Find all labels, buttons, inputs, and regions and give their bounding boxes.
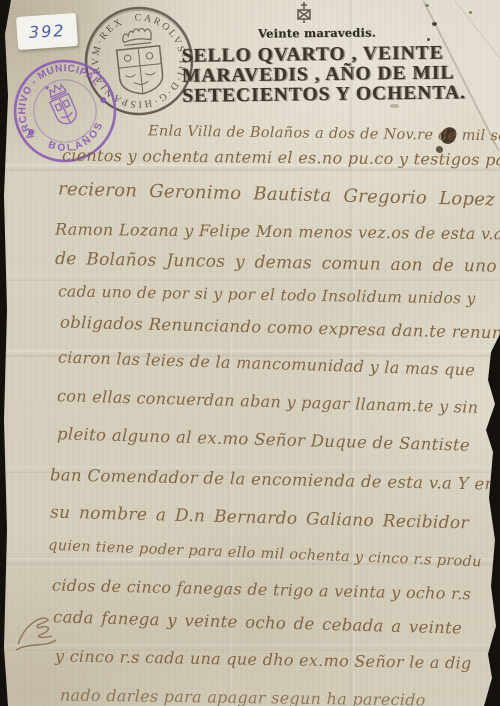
manuscript-line: Ramon Lozana y Felipe Mon menos vez.os d… bbox=[55, 220, 500, 244]
sello-heading-line: SETECIENTOS Y OCHENTA. bbox=[182, 83, 468, 106]
manuscript-line: recieron Geronimo Bautista Gregorio Lope… bbox=[58, 179, 495, 211]
stamp-crown-shield-icon bbox=[43, 79, 79, 127]
manuscript-line: quien tiene poder para ello mil ochenta … bbox=[48, 538, 482, 571]
archive-number-text: 392 bbox=[28, 21, 65, 42]
printer-cross-icon bbox=[291, 1, 317, 25]
manuscript-line: nado darles para apagar segun ha parecid… bbox=[60, 685, 426, 706]
document-paper: 392 CAROLVS·III·D·G·HISPANIARVM·REX bbox=[0, 0, 500, 706]
manuscript-line: pleito alguno al ex.mo Señor Duque de Sa… bbox=[57, 424, 470, 455]
speck bbox=[469, 11, 472, 14]
marginal-rubric-flourish bbox=[10, 608, 62, 656]
archive-number-label: 392 bbox=[16, 13, 78, 50]
smudge bbox=[390, 104, 399, 108]
photo-background: 392 CAROLVS·III·D·G·HISPANIARVM·REX bbox=[0, 0, 500, 706]
tax-value-line: Veinte maravedis. bbox=[258, 25, 376, 40]
speck bbox=[425, 4, 429, 7]
manuscript-line: cidos de cinco fanegas de trigo a veinta… bbox=[52, 576, 472, 604]
stamp-dot bbox=[99, 96, 107, 104]
sello-heading: SELLO QVARTO , VEINTE MARAVEDIS , AÑO DE… bbox=[182, 43, 469, 106]
manuscript-line: de Bolaños Juncos y demas comun aon de u… bbox=[55, 249, 500, 277]
manuscript-line: obligados Renunciando como expresa dan.t… bbox=[60, 313, 500, 343]
crown-icon bbox=[122, 27, 152, 45]
manuscript-line: cada uno de por si y por el todo Insolid… bbox=[58, 282, 476, 307]
manuscript-line: cada fanega y veinte ocho de cebada a ve… bbox=[53, 607, 463, 637]
manuscript-line: con ellas concuerdan aban y pagar llanam… bbox=[57, 386, 479, 417]
speck bbox=[427, 38, 430, 41]
shield-icon bbox=[117, 46, 165, 96]
speck bbox=[432, 22, 437, 26]
manuscript-line: su nombre a D.n Bernardo Galiano Recibid… bbox=[50, 503, 469, 534]
